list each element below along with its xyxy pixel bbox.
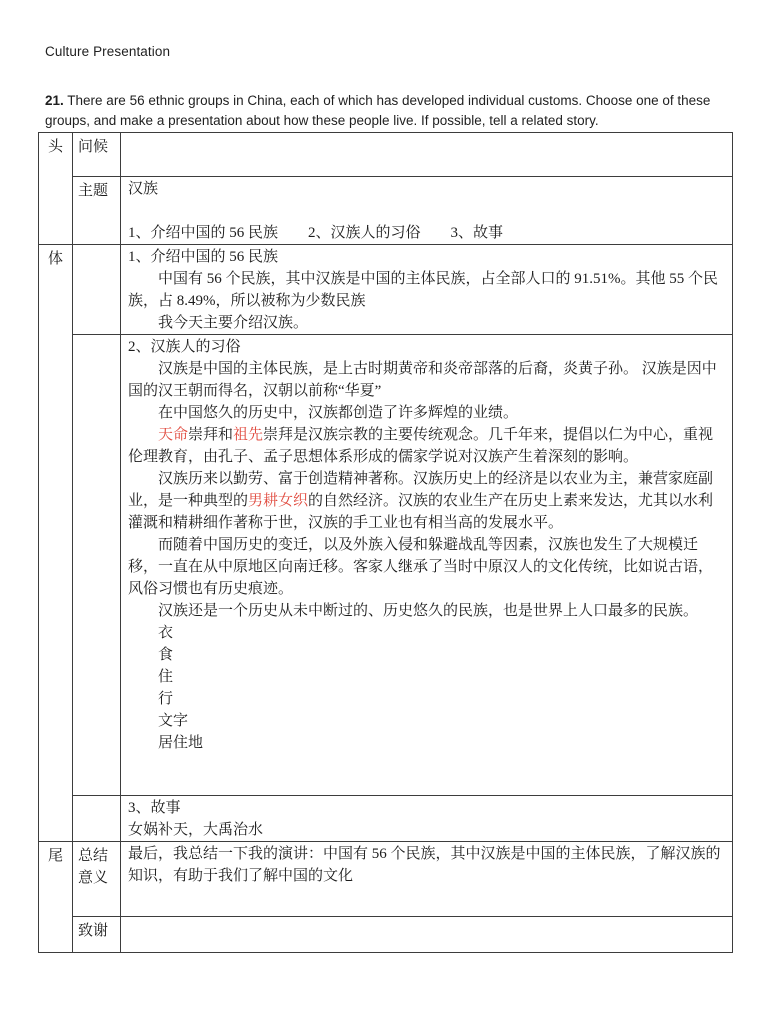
text-segment: 崇拜和 (188, 427, 233, 443)
highlighted-term: 祖先 (233, 427, 263, 443)
story-content-cell: 3、故事 女娲补天，大禹治水 (121, 796, 733, 842)
table-row: 尾 总结意义 最后，我总结一下我的演讲：中国有 56 个民族，其中汉族是中国的主… (39, 842, 733, 917)
aspect-item: 住 (128, 666, 724, 688)
section3-paragraph: 女娲补天，大禹治水 (128, 819, 724, 841)
section2-paragraph: 天命崇拜和祖先崇拜是汉族宗教的主要传统观念。几千年来，提倡以仁为中心，重视伦理教… (128, 424, 724, 468)
task-text: There are 56 ethnic groups in China, eac… (45, 93, 710, 128)
empty-label-cell (73, 335, 121, 796)
section2-paragraph: 而随着中国历史的变迁，以及外族入侵和躲避战乱等因素，汉族也发生了大规模迁移，一直… (128, 534, 724, 600)
table-row: 致谢 (39, 917, 733, 953)
empty-label-cell (73, 245, 121, 335)
table-row: 体 1、介绍中国的 56 民族 中国有 56 个民族，其中汉族是中国的主体民族，… (39, 245, 733, 335)
section2-paragraph: 在中国悠久的历史中，汉族都创造了许多辉煌的业绩。 (128, 402, 724, 424)
aspect-item: 食 (128, 644, 724, 666)
aspect-list: 衣食住行文字居住地 (128, 622, 724, 754)
topic-outline: 1、介绍中国的 56 民族 2、汉族人的习俗 3、故事 (128, 222, 724, 244)
section3-heading: 3、故事 (128, 797, 724, 819)
summary-label-cell: 总结意义 (73, 842, 121, 917)
task-prompt: 21. There are 56 ethnic groups in China,… (45, 91, 725, 131)
summary-content-cell: 最后，我总结一下我的演讲：中国有 56 个民族，其中汉族是中国的主体民族，了解汉… (121, 842, 733, 917)
section-head-cell: 头 (39, 133, 73, 245)
habit-paragraphs: 汉族是中国的主体民族，是上古时期黄帝和炎帝部落的后裔，炎黄子孙。 汉族是因中国的… (128, 358, 724, 622)
section2-paragraph: 汉族是中国的主体民族，是上古时期黄帝和炎帝部落的后裔，炎黄子孙。 汉族是因中国的… (128, 358, 724, 402)
greeting-label-cell: 问候 (73, 133, 121, 177)
text-segment: 而随着中国历史的变迁，以及外族入侵和躲避战乱等因素，汉族也发生了大规模迁移，一直… (128, 537, 713, 597)
aspect-item: 文字 (128, 710, 724, 732)
section-body-cell: 体 (39, 245, 73, 842)
section2-paragraph: 汉族还是一个历史从未中断过的、历史悠久的民族，也是世界上人口最多的民族。 (128, 600, 724, 622)
topic-label-cell: 主题 (73, 177, 121, 245)
topic-content-cell: 汉族 1、介绍中国的 56 民族 2、汉族人的习俗 3、故事 (121, 177, 733, 245)
table-row: 头 问候 (39, 133, 733, 177)
text-segment: 汉族是中国的主体民族，是上古时期黄帝和炎帝部落的后裔，炎黄子孙。 汉族是因中国的… (128, 361, 717, 399)
blank-line (128, 200, 724, 222)
text-segment: 汉族还是一个历史从未中断过的、历史悠久的民族，也是世界上人口最多的民族。 (158, 603, 698, 619)
table-row: 3、故事 女娲补天，大禹治水 (39, 796, 733, 842)
section1-paragraph: 中国有 56 个民族，其中汉族是中国的主体民族，占全部人口的 91.51%。其他… (128, 268, 724, 312)
section-tail-cell: 尾 (39, 842, 73, 953)
highlighted-term: 天命 (158, 427, 188, 443)
task-number: 21. (45, 93, 64, 108)
highlighted-term: 男耕女织 (248, 493, 308, 509)
thanks-label-cell: 致谢 (73, 917, 121, 953)
section2-paragraph: 汉族历来以勤劳、富于创造精神著称。汉族历史上的经济是以农业为主，兼营家庭副业，是… (128, 468, 724, 534)
aspect-item: 行 (128, 688, 724, 710)
intro-content-cell: 1、介绍中国的 56 民族 中国有 56 个民族，其中汉族是中国的主体民族，占全… (121, 245, 733, 335)
topic-value: 汉族 (128, 178, 724, 200)
table-row: 主题 汉族 1、介绍中国的 56 民族 2、汉族人的习俗 3、故事 (39, 177, 733, 245)
document-page: { "accent": { "red": "#e0483c", "border"… (0, 0, 768, 1024)
section1-heading: 1、介绍中国的 56 民族 (128, 246, 724, 268)
text-segment: 在中国悠久的历史中，汉族都创造了许多辉煌的业绩。 (158, 405, 518, 421)
empty-label-cell (73, 796, 121, 842)
presentation-outline-table: 头 问候 主题 汉族 1、介绍中国的 56 民族 2、汉族人的习俗 3、故事 体… (38, 132, 733, 953)
section1-paragraph: 我今天主要介绍汉族。 (128, 312, 724, 334)
aspect-item: 衣 (128, 622, 724, 644)
customs-content-cell: 2、汉族人的习俗 汉族是中国的主体民族，是上古时期黄帝和炎帝部落的后裔，炎黄子孙… (121, 335, 733, 796)
table-row: 2、汉族人的习俗 汉族是中国的主体民族，是上古时期黄帝和炎帝部落的后裔，炎黄子孙… (39, 335, 733, 796)
thanks-content-cell (121, 917, 733, 953)
section2-heading: 2、汉族人的习俗 (128, 336, 724, 358)
page-title: Culture Presentation (45, 44, 170, 59)
summary-paragraph: 最后，我总结一下我的演讲：中国有 56 个民族，其中汉族是中国的主体民族，了解汉… (128, 843, 724, 887)
greeting-content-cell (121, 133, 733, 177)
aspect-item: 居住地 (128, 732, 724, 754)
